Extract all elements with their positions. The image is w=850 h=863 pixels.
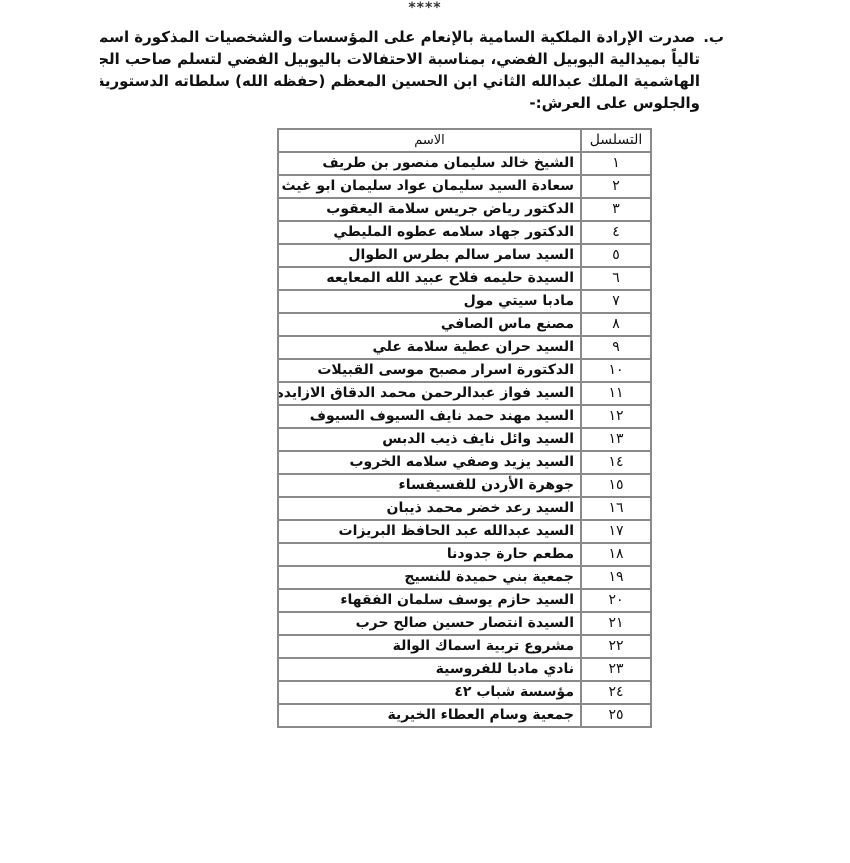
name-cell: مؤسسة شباب ٤٢ — [279, 682, 580, 705]
serial-cell: ١ — [580, 153, 650, 176]
serial-cell: ١١ — [580, 383, 650, 406]
name-cell: مصنع ماس الصافي — [279, 314, 580, 337]
table-row: ٢٤مؤسسة شباب ٤٢ — [279, 682, 650, 705]
table-row: ٢سعادة السيد سليمان عواد سليمان ابو غيث — [279, 176, 650, 199]
serial-cell: ١٥ — [580, 475, 650, 498]
table-row: ١٧السيد عبدالله عبد الحافظ البريزات — [279, 521, 650, 544]
table-body: ١الشيخ خالد سليمان منصور بن طريف٢سعادة ا… — [279, 153, 650, 726]
paragraph-line-2: تالياً بميدالية اليوبيل الفضي، بمناسبة ا… — [100, 48, 724, 70]
table-row: ٢٠السيد حازم يوسف سلمان الفقهاء — [279, 590, 650, 613]
name-cell: السيد حران عطية سلامة علي — [279, 337, 580, 360]
table-row: ٦السيدة حليمه فلاح عبيد الله المعايعه — [279, 268, 650, 291]
serial-cell: ٢٢ — [580, 636, 650, 659]
name-cell: السيدة انتصار حسين صالح حرب — [279, 613, 580, 636]
serial-cell: ١٧ — [580, 521, 650, 544]
serial-cell: ١٣ — [580, 429, 650, 452]
table-row: ٥السيد سامر سالم بطرس الطوال — [279, 245, 650, 268]
table-row: ٢١السيدة انتصار حسين صالح حرب — [279, 613, 650, 636]
table-row: ٢٢مشروع تربية اسماك الوالة — [279, 636, 650, 659]
name-cell: نادي مادبا للفروسية — [279, 659, 580, 682]
serial-cell: ٦ — [580, 268, 650, 291]
table-row: ٨مصنع ماس الصافي — [279, 314, 650, 337]
name-cell: سعادة السيد سليمان عواد سليمان ابو غيث — [279, 176, 580, 199]
table-row: ٣الدكتور رياض جريس سلامة اليعقوب — [279, 199, 650, 222]
header-serial: التسلسل — [580, 130, 650, 153]
serial-cell: ١٨ — [580, 544, 650, 567]
header-name: الاسم — [279, 130, 580, 153]
table-row: ١٠الدكتورة اسرار مصبح موسى القبيلات — [279, 360, 650, 383]
table-row: ١٢السيد مهند حمد نايف السيوف السيوف — [279, 406, 650, 429]
serial-cell: ٢ — [580, 176, 650, 199]
name-cell: السيد فواز عبدالرحمن محمد الدقاق الازايد… — [279, 383, 580, 406]
table-row: ٢٥جمعية وسام العطاء الخيرية — [279, 705, 650, 726]
name-cell: السيد مهند حمد نايف السيوف السيوف — [279, 406, 580, 429]
paragraph-line-1: ب.صدرت الإرادة الملكية السامية بالإنعام … — [100, 26, 724, 48]
serial-cell: ٧ — [580, 291, 650, 314]
name-cell: مطعم حارة جدودنا — [279, 544, 580, 567]
name-cell: السيد رعد خضر محمد ذيبان — [279, 498, 580, 521]
serial-cell: ٢٤ — [580, 682, 650, 705]
table-row: ٩السيد حران عطية سلامة علي — [279, 337, 650, 360]
name-cell: السيد وائل نايف ذيب الدبس — [279, 429, 580, 452]
name-cell: الشيخ خالد سليمان منصور بن طريف — [279, 153, 580, 176]
name-cell: الدكتور جهاد سلامه عطوه المليطي — [279, 222, 580, 245]
decree-paragraph: ب.صدرت الإرادة الملكية السامية بالإنعام … — [100, 26, 724, 114]
name-cell: السيد يزيد وصفي سلامه الخروب — [279, 452, 580, 475]
serial-cell: ٢٥ — [580, 705, 650, 726]
serial-cell: ١٠ — [580, 360, 650, 383]
serial-cell: ٨ — [580, 314, 650, 337]
serial-cell: ١٩ — [580, 567, 650, 590]
name-cell: جمعية بني حميدة للنسيج — [279, 567, 580, 590]
table-row: ١٥جوهرة الأردن للفسيفساء — [279, 475, 650, 498]
name-cell: مشروع تربية اسماك الوالة — [279, 636, 580, 659]
name-cell: السيد حازم يوسف سلمان الفقهاء — [279, 590, 580, 613]
table-row: ١الشيخ خالد سليمان منصور بن طريف — [279, 153, 650, 176]
list-marker: ب. — [703, 26, 724, 48]
serial-cell: ١٤ — [580, 452, 650, 475]
serial-cell: ٤ — [580, 222, 650, 245]
serial-cell: ١٦ — [580, 498, 650, 521]
serial-cell: ٩ — [580, 337, 650, 360]
name-cell: السيد سامر سالم بطرس الطوال — [279, 245, 580, 268]
paragraph-line-1-text: صدرت الإرادة الملكية السامية بالإنعام عل… — [100, 28, 695, 46]
table-row: ١٣السيد وائل نايف ذيب الدبس — [279, 429, 650, 452]
name-cell: جوهرة الأردن للفسيفساء — [279, 475, 580, 498]
table-row: ١٨مطعم حارة جدودنا — [279, 544, 650, 567]
name-cell: مادبا سيتي مول — [279, 291, 580, 314]
table-row: ١٤السيد يزيد وصفي سلامه الخروب — [279, 452, 650, 475]
separator-stars: **** — [0, 0, 850, 16]
serial-cell: ٢١ — [580, 613, 650, 636]
table-header-row: التسلسل الاسم — [279, 130, 650, 153]
table-row: ١٦السيد رعد خضر محمد ذيبان — [279, 498, 650, 521]
name-cell: الدكتور رياض جريس سلامة اليعقوب — [279, 199, 580, 222]
serial-cell: ١٢ — [580, 406, 650, 429]
serial-cell: ٥ — [580, 245, 650, 268]
name-cell: الدكتورة اسرار مصبح موسى القبيلات — [279, 360, 580, 383]
name-cell: السيد عبدالله عبد الحافظ البريزات — [279, 521, 580, 544]
serial-cell: ٢٣ — [580, 659, 650, 682]
paragraph-line-4: والجلوس على العرش:- — [100, 92, 724, 114]
serial-cell: ٢٠ — [580, 590, 650, 613]
name-cell: جمعية وسام العطاء الخيرية — [279, 705, 580, 726]
table-row: ٧مادبا سيتي مول — [279, 291, 650, 314]
serial-cell: ٣ — [580, 199, 650, 222]
table-row: ١١السيد فواز عبدالرحمن محمد الدقاق الازا… — [279, 383, 650, 406]
table-row: ٤الدكتور جهاد سلامه عطوه المليطي — [279, 222, 650, 245]
honorees-table: التسلسل الاسم ١الشيخ خالد سليمان منصور ب… — [277, 128, 652, 728]
table-row: ٢٣نادي مادبا للفروسية — [279, 659, 650, 682]
name-cell: السيدة حليمه فلاح عبيد الله المعايعه — [279, 268, 580, 291]
table-row: ١٩جمعية بني حميدة للنسيج — [279, 567, 650, 590]
paragraph-line-3: الهاشمية الملك عبدالله الثاني ابن الحسين… — [100, 70, 724, 92]
